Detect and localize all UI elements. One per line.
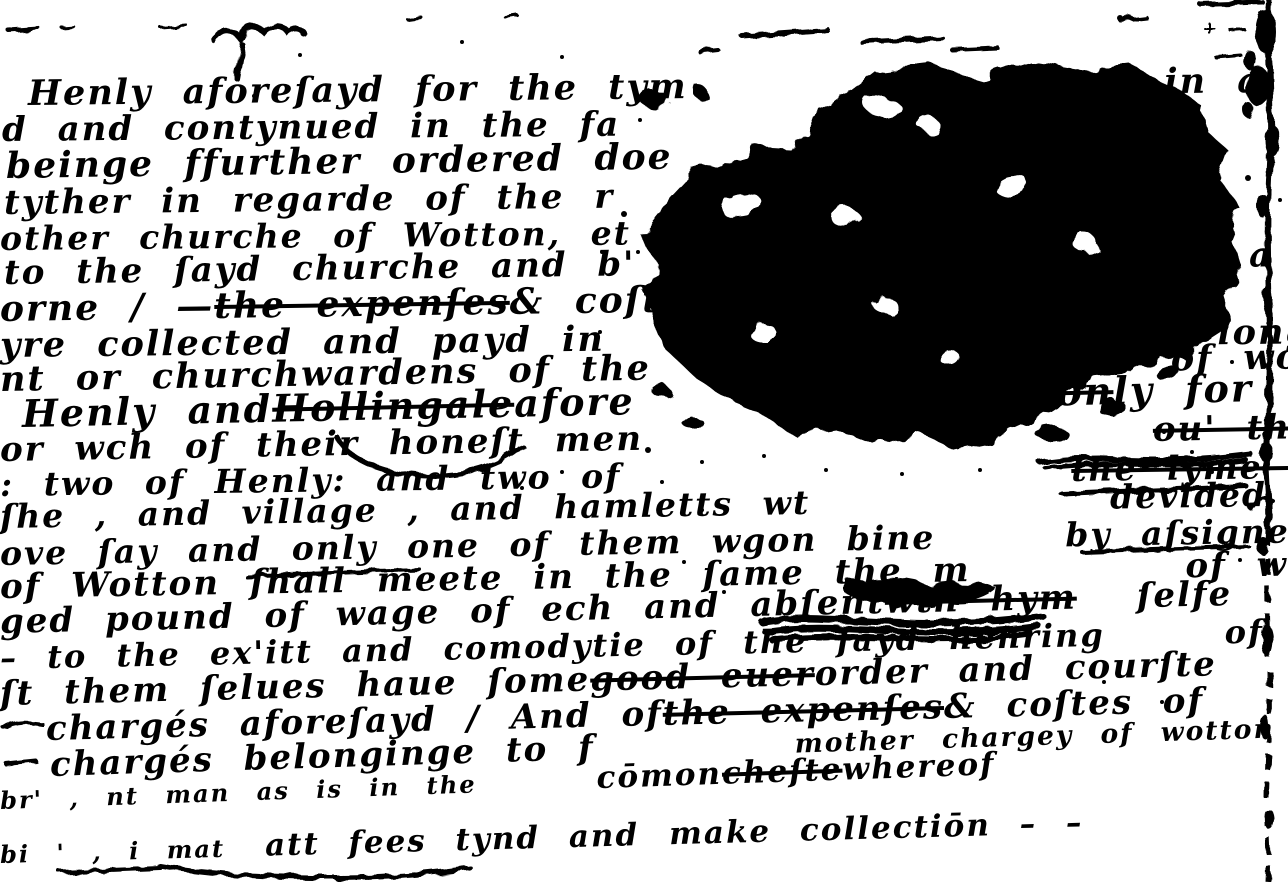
illegible-gap [643, 440, 1153, 450]
struck-text: the expenſes [214, 284, 510, 324]
text-segment: afore [514, 382, 635, 423]
illegible-gap [635, 409, 815, 414]
cut-off-word-fragment [214, 25, 304, 40]
text-segment: att fees tynd and [265, 820, 640, 861]
manuscript-line: bi ' , i matatt fees tynd andmake collec… [0, 808, 1084, 869]
struck-text: ou' the ſay [1153, 408, 1288, 446]
manuscript-page: Henly aforeſayd for the tymd in ad and c… [0, 0, 1288, 882]
illegible-gap [639, 843, 669, 845]
text-segment: devided [1110, 478, 1267, 514]
struck-text: the offiz on [814, 372, 1114, 416]
illegible-gap [1077, 606, 1137, 608]
underline-swash [160, 866, 470, 878]
text-segment: make collectiōn – – [669, 808, 1084, 851]
text-segment: of a [1178, 238, 1274, 273]
illegible-gap [698, 267, 1178, 275]
illegible-gap [810, 508, 1110, 514]
struck-text: cheſte [721, 755, 843, 790]
text-segment: orne / — [0, 288, 215, 327]
manuscript-line: Henly aforeſayd for the tymd in a [28, 63, 1262, 111]
text-segment: bi ' , i mat [0, 837, 225, 867]
illegible-gap [935, 545, 1065, 548]
text-segment: whereof [842, 749, 996, 785]
text-segment: & coſtes [509, 281, 708, 320]
text-segment: d in a [1108, 63, 1263, 100]
text-segment: cōmon [596, 759, 723, 794]
struck-text: wth hym [884, 581, 1077, 619]
illegible-gap [225, 855, 265, 857]
illegible-gap [688, 93, 1108, 98]
text-segment: of wotto [1224, 613, 1288, 649]
text-segment: ſelfe [1136, 577, 1232, 613]
text-segment: ly for [1113, 369, 1253, 410]
illegible-gap [477, 787, 597, 792]
